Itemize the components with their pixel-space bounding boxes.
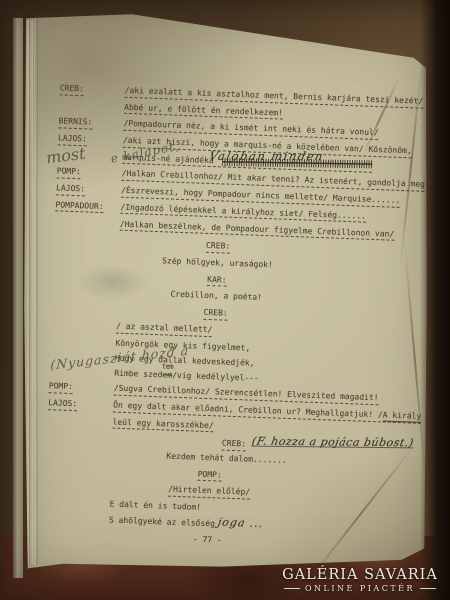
speaker-label: LAJOS:: [56, 183, 85, 196]
watermark-rule: [420, 588, 436, 589]
watermark-title: GALÉRIA SAVARIA: [273, 567, 447, 583]
line-text: Rimbe szedtemem/vig kedélylyel---: [114, 369, 259, 383]
speaker-label: LAJOS:: [48, 398, 77, 411]
speaker-label: CREB:: [222, 439, 246, 451]
struck-text: em: [162, 370, 172, 379]
watermark-subtitle: ONLINE PIACTÉR: [273, 584, 447, 593]
speaker-label: POMP:: [49, 382, 73, 394]
manuscript-page: CREB:/aki ezalatt a kis asztalhoz ment, …: [22, 8, 430, 574]
speaker-label: POMP:: [56, 167, 80, 179]
line-text: Crebillon, a poéta!: [170, 290, 262, 302]
galeria-savaria-watermark: GALÉRIA SAVARIA ONLINE PIACTÉR: [273, 567, 447, 593]
crossed-out-text: [222, 158, 372, 168]
book-cover-right-edge: [420, 0, 450, 600]
line-text: / az asztal mellett/: [116, 322, 213, 337]
line-text: Kezdem tehát dalom.......: [166, 451, 287, 464]
line-text: CREB:: [203, 308, 227, 320]
line-text: KAR:: [207, 275, 227, 287]
photo-of-manuscript: CREB:/aki ezalatt a kis asztalhoz ment, …: [0, 0, 450, 600]
line-text: CREB:(F. hozza a pojáca búbost.): [222, 438, 414, 455]
watermark-subtitle-text: ONLINE PIACTÉR: [305, 584, 415, 593]
line-text: S ahölgyeké az elsőségjoga ...: [109, 515, 264, 531]
underlined-text: A király: [383, 410, 422, 422]
watermark-rule: [284, 588, 300, 589]
speaker-label: POMPADOUR:: [55, 200, 104, 213]
handwritten-stage-direction: (F. hozza a pojáca búbost.): [251, 437, 414, 449]
line-text: Abbé ur, e fölött én rendelkezem!: [124, 102, 283, 119]
line-text: POMP:: [197, 469, 221, 481]
line-text: leül egy karosszékbe/: [112, 417, 214, 432]
line-text: E dalt én is tudom!: [109, 499, 201, 511]
speaker-label: CREB:: [60, 83, 84, 95]
line-text: CREB:: [206, 241, 230, 253]
typed-correction: tem: [162, 362, 173, 371]
handwritten-word: joga ...: [217, 518, 265, 529]
line-text: - 77 -: [193, 535, 222, 545]
speaker-label: BERNIS:: [58, 117, 92, 130]
page-stack-side: [13, 18, 23, 578]
line-text: /Hirtelen előlép/: [168, 485, 250, 499]
line-text: Szép hölgyek, uraságok!: [162, 256, 273, 269]
